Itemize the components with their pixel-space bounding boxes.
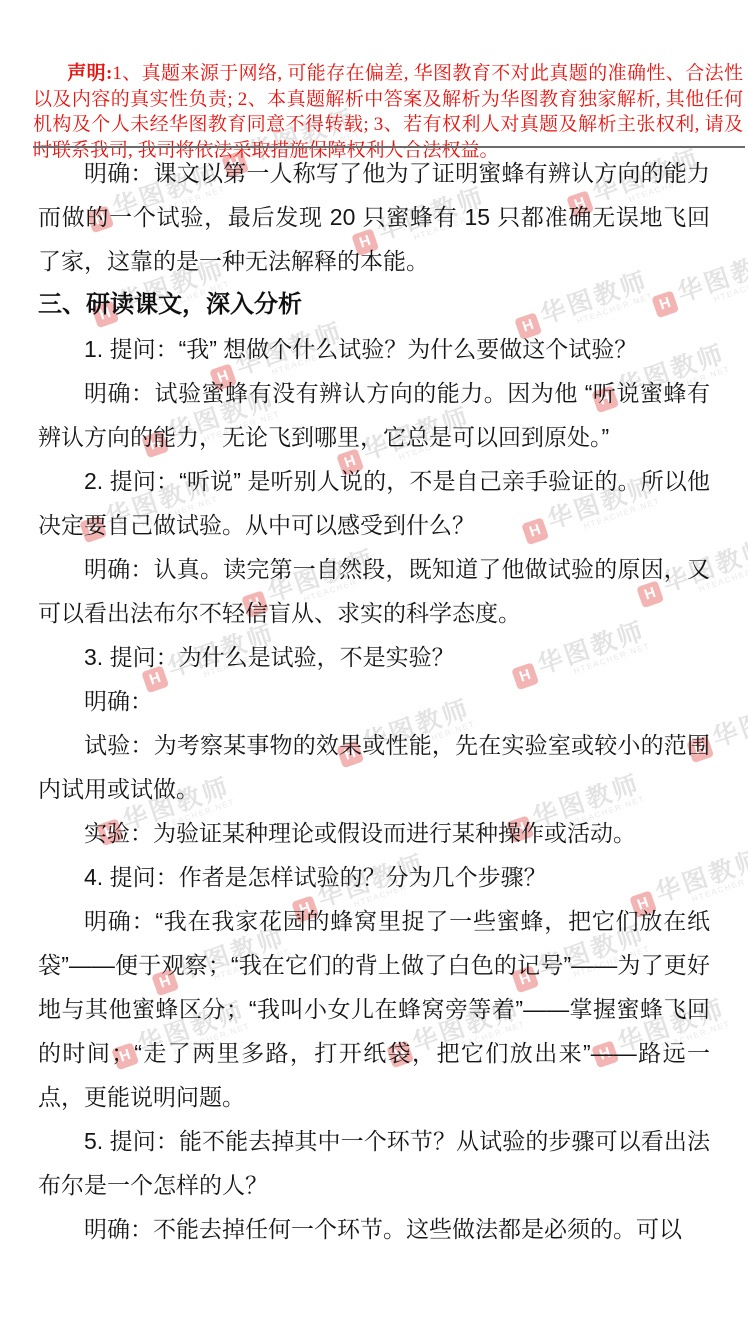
watermark-brand-text: 华图教师 — [710, 692, 748, 751]
paragraph: 4. 提问：作者是怎样试验的？分为几个步骤？ — [38, 855, 710, 899]
paragraph: 试验：为考察某事物的效果或性能，先在实验室或较小的范围内试用或试做。 — [38, 723, 710, 811]
section-heading: 三、研读课文，深入分析 — [38, 283, 710, 327]
lesson-analysis-content: 明确：课文以第一人称写了他为了证明蜜蜂有辨认方向的能力而做的一个试验，最后发现 … — [38, 151, 710, 1251]
paragraph: 明确： — [38, 679, 710, 723]
paragraph: 2. 提问：“听说” 是听别人说的，不是自己亲手验证的。所以他决定要自己做试验。… — [38, 459, 710, 547]
paragraph: 明确：“我在我家花园的蜂窝里捉了一些蜜蜂，把它们放在纸袋”——便于观察；“我在它… — [38, 899, 710, 1119]
divider — [33, 146, 745, 148]
paragraph: 3. 提问：为什么是试验，不是实验？ — [38, 635, 710, 679]
paragraph: 实验：为验证某种理论或假设而进行某种操作或活动。 — [38, 811, 710, 855]
disclaimer-label: 声明: — [67, 63, 112, 84]
paragraph: 明确：不能去掉任何一个环节。这些做法都是必须的。可以 — [38, 1207, 710, 1251]
paragraph: 明确：试验蜜蜂有没有辨认方向的能力。因为他 “听说蜜蜂有辨认方向的能力，无论飞到… — [38, 371, 710, 459]
paragraph: 明确：认真。读完第一自然段，既知道了他做试验的原因，又可以看出法布尔不轻信盲从、… — [38, 547, 710, 635]
document-page: { "disclaimer": { "label": "声明:", "text"… — [0, 0, 748, 1335]
paragraph: 5. 提问：能不能去掉其中一个环节？从试验的步骤可以看出法布尔是一个怎样的人？ — [38, 1119, 710, 1207]
paragraph: 1. 提问：“我” 想做个什么试验？为什么要做这个试验？ — [38, 327, 710, 371]
paragraph: 明确：课文以第一人称写了他为了证明蜜蜂有辨认方向的能力而做的一个试验，最后发现 … — [38, 151, 710, 283]
watermark-site-text: HTEACHER.NET — [713, 269, 748, 304]
